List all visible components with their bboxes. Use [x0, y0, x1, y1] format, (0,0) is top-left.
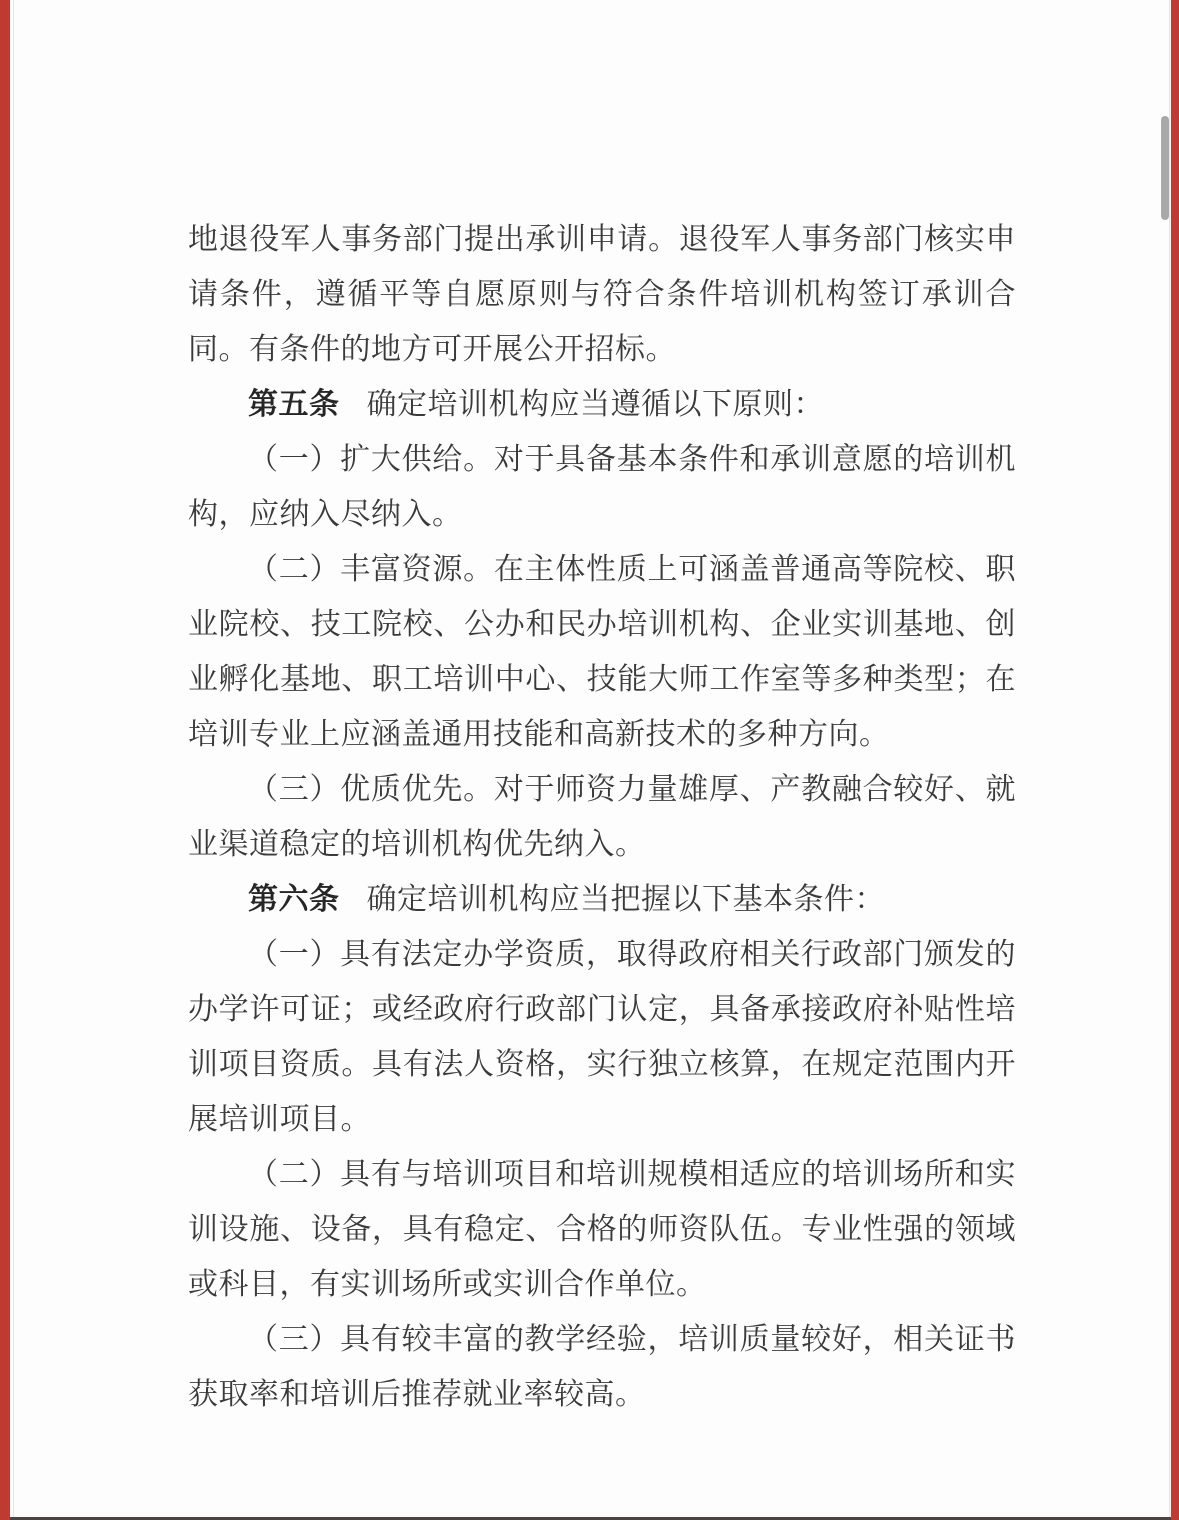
- paragraph: 第六条确定培训机构应当把握以下基本条件：: [188, 872, 1016, 927]
- paragraph: （一）具有法定办学资质，取得政府相关行政部门颁发的办学许可证；或经政府行政部门认…: [188, 927, 1016, 1147]
- paragraph-text: （一）具有法定办学资质，取得政府相关行政部门颁发的办学许可证；或经政府行政部门认…: [188, 938, 1016, 1136]
- paragraph: 第五条确定培训机构应当遵循以下原则：: [188, 377, 1016, 432]
- paragraph: （二）具有与培训项目和培训规模相适应的培训场所和实训设施、设备，具有稳定、合格的…: [188, 1147, 1016, 1312]
- paragraph-text: （三）优质优先。对于师资力量雄厚、产教融合较好、就业渠道稳定的培训机构优先纳入。: [188, 773, 1016, 861]
- paragraph: 地退役军人事务部门提出承训申请。退役军人事务部门核实申请条件，遵循平等自愿原则与…: [188, 212, 1016, 377]
- left-edge-bar: [0, 0, 10, 1520]
- paragraph-text: （二）丰富资源。在主体性质上可涵盖普通高等院校、职业院校、技工院校、公办和民办培…: [188, 553, 1016, 751]
- paragraph-text: 确定培训机构应当把握以下基本条件：: [367, 883, 886, 916]
- scrollbar-thumb[interactable]: [1161, 116, 1169, 220]
- document-viewer: 地退役军人事务部门提出承训申请。退役军人事务部门核实申请条件，遵循平等自愿原则与…: [0, 0, 1179, 1520]
- paragraph-text: 确定培训机构应当遵循以下原则：: [367, 388, 825, 421]
- article-number: 第五条: [248, 388, 340, 421]
- page-left-border: [13, 0, 14, 1520]
- paragraph-text: （二）具有与培训项目和培训规模相适应的培训场所和实训设施、设备，具有稳定、合格的…: [188, 1158, 1016, 1301]
- document-page: 地退役军人事务部门提出承训申请。退役军人事务部门核实申请条件，遵循平等自愿原则与…: [188, 212, 1016, 1422]
- paragraph-text: 地退役军人事务部门提出承训申请。退役军人事务部门核实申请条件，遵循平等自愿原则与…: [188, 223, 1016, 366]
- paragraph: （三）具有较丰富的教学经验，培训质量较好，相关证书获取率和培训后推荐就业率较高。: [188, 1312, 1016, 1422]
- paragraph: （二）丰富资源。在主体性质上可涵盖普通高等院校、职业院校、技工院校、公办和民办培…: [188, 542, 1016, 762]
- paragraph-text: （三）具有较丰富的教学经验，培训质量较好，相关证书获取率和培训后推荐就业率较高。: [188, 1323, 1016, 1411]
- paragraph: （一）扩大供给。对于具备基本条件和承训意愿的培训机构，应纳入尽纳入。: [188, 432, 1016, 542]
- right-edge-bar: [1171, 0, 1179, 1520]
- paragraph-text: （一）扩大供给。对于具备基本条件和承训意愿的培训机构，应纳入尽纳入。: [188, 443, 1016, 531]
- article-number: 第六条: [248, 883, 340, 916]
- paragraph: （三）优质优先。对于师资力量雄厚、产教融合较好、就业渠道稳定的培训机构优先纳入。: [188, 762, 1016, 872]
- scrollbar-track-border: [1169, 0, 1170, 1520]
